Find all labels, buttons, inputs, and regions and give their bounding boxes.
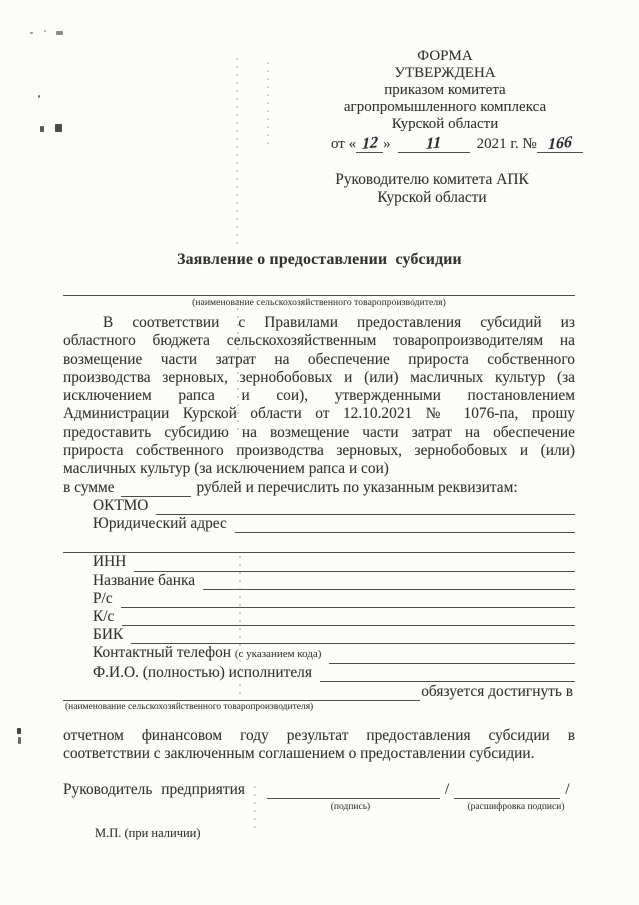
sum-line: в сумме рублей и перечислить по указанны… (63, 479, 575, 497)
body-line: предоставить субсидию на возмещение част… (63, 424, 575, 442)
legal-address-continuation-line (63, 540, 575, 553)
stamp-note: М.П. (при наличии) (63, 826, 575, 841)
oktmo-label: ОКТМО (93, 497, 156, 515)
scan-artifact (38, 95, 40, 98)
addressee-line: Руководителю комитета АПК (330, 171, 534, 189)
sum-blank-line (121, 479, 191, 497)
field-contact-phone: Контактный телефон (с указанием кода) (63, 644, 575, 663)
corr-account-label: К/с (93, 608, 122, 626)
approval-line: приказом комитета (295, 82, 595, 99)
signature-caption: (подпись) (263, 802, 438, 812)
legal-address-blank-line (235, 515, 575, 533)
date-prefix: от « (331, 136, 356, 152)
date-close-quote: » (383, 136, 391, 152)
legal-address-label: Юридический адрес (93, 515, 235, 533)
producer-name-caption: (наименование сельскохозяйственного това… (63, 296, 575, 308)
document-body: В соответствии с Правилами предоставлени… (63, 314, 575, 841)
field-oktmo: ОКТМО (63, 497, 575, 515)
approval-line: УТВЕРЖДЕНА (295, 65, 595, 82)
field-bank-name: Название банка (63, 572, 575, 590)
field-bik: БИК (63, 626, 575, 644)
scan-artifact (236, 58, 238, 248)
body-line: исключением рапса и сои), утвержденными … (63, 387, 575, 405)
scan-artifact (267, 62, 269, 148)
date-number-blank: 166 (537, 136, 583, 154)
handwritten-number: 166 (547, 135, 571, 151)
obligation-text: обязуется достигнуть в (420, 683, 575, 701)
approval-line: Курской области (295, 116, 595, 133)
field-legal-address: Юридический адрес (63, 515, 575, 533)
closing-line: соответствии с заключенным соглашением о… (63, 745, 575, 763)
contact-phone-note: (с указанием кода) (235, 648, 322, 660)
body-line: прироста собственного производства зерно… (63, 442, 575, 460)
bank-name-blank-line (203, 572, 575, 590)
body-line: масличных культур (за исключением рапса … (63, 460, 575, 478)
field-legal-address-continuation (63, 540, 575, 553)
obligation-row: обязуется достигнуть в (63, 683, 575, 701)
signature-block: Руководитель предприятия / / (подпись) (… (63, 781, 575, 799)
obligation-producer-blank-line (63, 683, 420, 701)
signature-label: Руководитель предприятия (63, 781, 245, 799)
approval-block: ФОРМА УТВЕРЖДЕНА приказом комитета агроп… (295, 48, 595, 153)
obligation-caption: (наименование сельскохозяйственного това… (63, 701, 425, 712)
approval-line: ФОРМА (295, 48, 595, 65)
settlement-account-blank-line (121, 590, 575, 608)
contact-phone-label-text: Контактный телефон (93, 644, 231, 661)
document-title: Заявление о предоставлении субсидии (0, 251, 639, 269)
inn-label: ИНН (93, 553, 134, 571)
closing-paragraph: отчетном финансовом году результат предо… (63, 727, 575, 764)
scan-artifact (30, 32, 33, 34)
body-line: Администрации Курской области от 12.10.2… (63, 405, 575, 423)
approval-line: агропромышленного комплекса (295, 99, 595, 116)
signature-decipher-blank-line (454, 798, 560, 799)
addressee-line: Курской области (330, 189, 534, 207)
executor-fio-blank-line (320, 664, 575, 682)
handwritten-month: 11 (426, 136, 442, 151)
scan-artifact (17, 728, 21, 734)
executor-fio-label: Ф.И.О. (полностью) исполнителя (93, 664, 320, 682)
handwritten-day: 12 (361, 136, 377, 151)
date-day-blank: 12 (356, 136, 383, 154)
body-line: В соответствии с Правилами предоставлени… (63, 314, 575, 332)
body-line: возмещение части затрат на обеспечение п… (63, 351, 575, 369)
bik-label: БИК (93, 626, 131, 644)
scan-artifact (18, 737, 21, 744)
field-settlement-account: Р/с (63, 590, 575, 608)
field-inn: ИНН (63, 553, 575, 571)
sum-suffix: рублей и перечислить по указанным реквиз… (197, 479, 518, 497)
date-month-blank: 11 (398, 136, 470, 154)
body-line: областного бюджета сельскохозяйственным … (63, 332, 575, 350)
sum-prefix: в сумме (63, 479, 115, 497)
contact-phone-label: Контактный телефон (с указанием кода) (93, 644, 329, 663)
signature-row: Руководитель предприятия / / (63, 781, 575, 799)
scan-artifact (44, 30, 46, 32)
bank-name-label: Название банка (93, 572, 203, 590)
signature-slash: / (440, 781, 454, 799)
signature-blank-line (267, 798, 440, 799)
date-year-label: 2021 г. № (477, 136, 537, 152)
scan-artifact (55, 124, 62, 132)
signature-decipher-caption: (расшифровка подписи) (451, 802, 581, 812)
oktmo-blank-line (156, 497, 575, 515)
scanned-subsidy-application-page: ФОРМА УТВЕРЖДЕНА приказом комитета агроп… (0, 0, 639, 905)
settlement-account-label: Р/с (93, 590, 121, 608)
field-corr-account: К/с (63, 608, 575, 626)
inn-blank-line (134, 553, 575, 571)
scan-artifact (40, 126, 44, 132)
addressee-block: Руководителю комитета АПК Курской област… (330, 171, 534, 206)
producer-name-block: (наименование сельскохозяйственного това… (63, 276, 575, 308)
producer-name-blank-line (63, 276, 575, 296)
scan-artifact (56, 31, 63, 35)
corr-account-blank-line (122, 608, 575, 626)
contact-phone-blank-line (329, 644, 575, 663)
body-line: производства зерновых, зернобобовых и (и… (63, 369, 575, 387)
closing-line: отчетном финансовом году результат предо… (63, 727, 575, 745)
field-executor-fio: Ф.И.О. (полностью) исполнителя (63, 664, 575, 682)
approval-date-line: от «12»112021 г. №166 (295, 136, 595, 154)
signature-slash: / (560, 781, 569, 799)
bik-blank-line (131, 626, 575, 644)
